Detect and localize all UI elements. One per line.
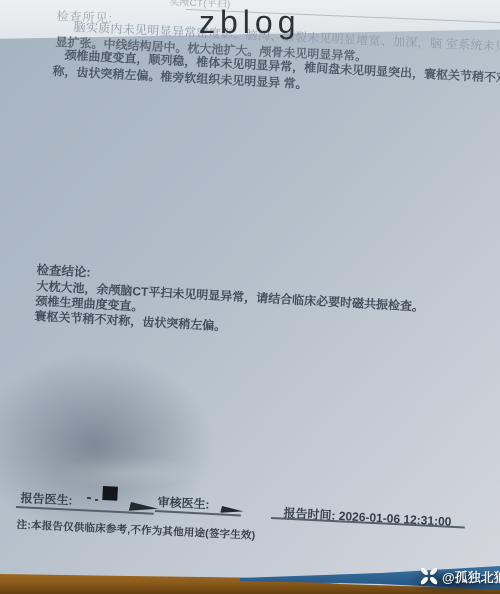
disclaimer-note: 注:本报告仅供临床参考,不作为其他用途(签字生效): [16, 517, 255, 543]
author-handle: @孤独北狼: [442, 567, 500, 586]
signature-stroke: [129, 502, 158, 518]
pinwheel-icon: [418, 565, 440, 587]
report-doctor-label: 报告医生:: [20, 489, 73, 509]
redaction-square: [102, 486, 118, 501]
site-watermark-text: zblog: [199, 4, 301, 41]
ink-dot: [95, 499, 98, 501]
report-ink-layer: 头颅CT(平扫) 检查所见: 脑实质内未见明显异常密度影。脑沟、脑裂未见明显增宽…: [0, 0, 500, 594]
signature-stroke: [220, 506, 243, 518]
author-watermark: @孤独北狼: [418, 565, 500, 587]
photographed-report: 头颅CT(平扫) 检查所见: 脑实质内未见明显异常密度影。脑沟、脑裂未见明显增宽…: [0, 0, 500, 594]
ink-dot: [87, 497, 91, 499]
